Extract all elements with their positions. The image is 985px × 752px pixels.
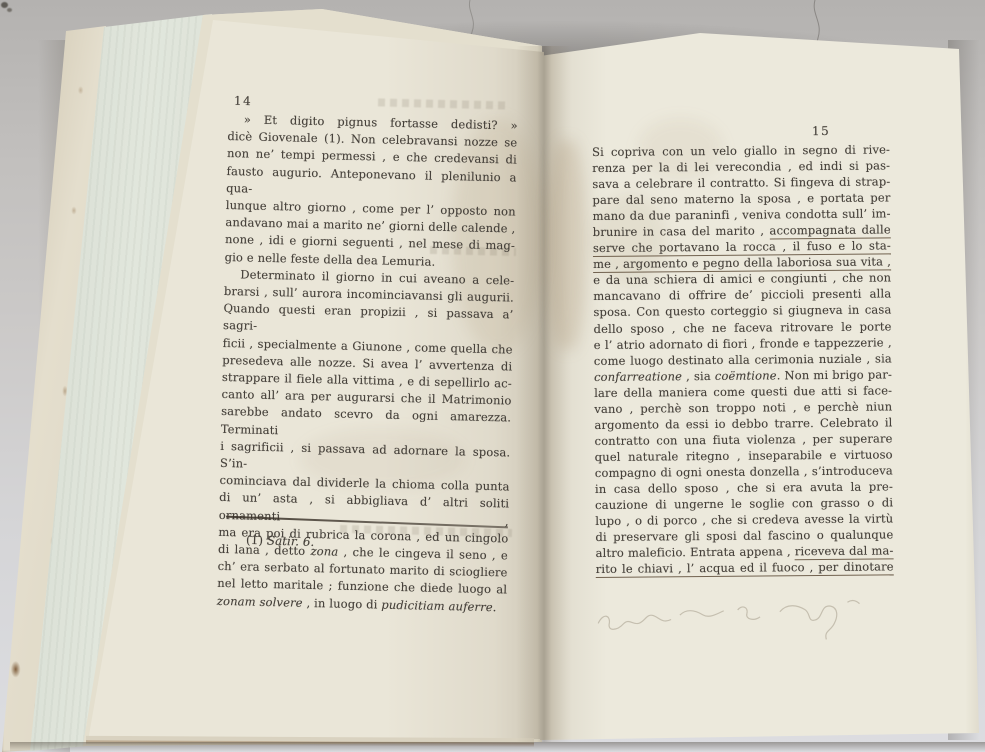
text-line: dello sposo , che ne faceva ritrovare le… bbox=[594, 318, 892, 337]
page-15-text-block: Si copriva con un velo giallo in segno d… bbox=[592, 141, 894, 577]
text-line: rito le chiavi , l’ acqua ed il fuoco , … bbox=[596, 559, 894, 578]
shadow-below-book bbox=[10, 742, 985, 752]
handwritten-annotation bbox=[592, 586, 884, 646]
paper-stain bbox=[549, 140, 585, 350]
ink-underlined-text: rito le chiavi , l’ acqua ed il fuoco , … bbox=[596, 560, 894, 579]
book-photograph: 14 15 » Et digito pignus fortasse dedist… bbox=[0, 0, 985, 752]
page-number-14: 14 bbox=[234, 94, 253, 108]
text-line: sposa. Con questo corteggio si giugneva … bbox=[593, 302, 891, 321]
page-number-15: 15 bbox=[812, 124, 830, 138]
